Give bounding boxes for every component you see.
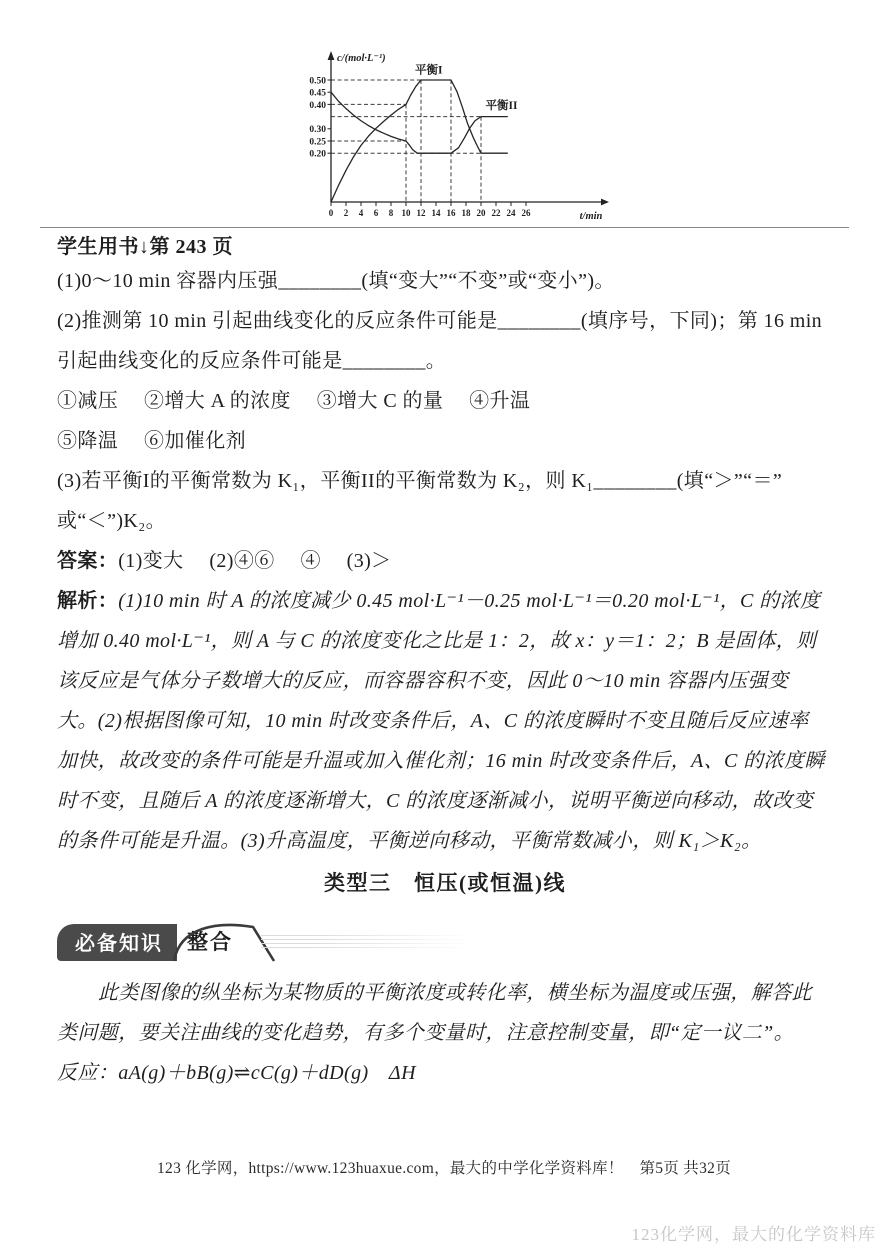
question-lines: (1)0～10 min 容器内压强________(填“变大”“不变”或“变小”… xyxy=(57,261,853,861)
text-line: 增加 0.40 mol·L⁻¹，则 A 与 C 的浓度变化之比是 1：2，故 x… xyxy=(57,621,853,661)
svg-text:22: 22 xyxy=(492,208,502,218)
text-line: (1)0～10 min 容器内压强________(填“变大”“不变”或“变小”… xyxy=(57,261,853,301)
section-divider xyxy=(40,227,849,228)
text-line: ①减压 ②增大 A 的浓度 ③增大 C 的量 ④升温 xyxy=(57,381,853,421)
document-page: 024681012141618202224260.200.250.300.400… xyxy=(0,0,888,1255)
svg-text:16: 16 xyxy=(447,208,457,218)
line-text: 类问题，要关注曲线的变化趋势，有多个变量时，注意控制变量，即“定一议二”。 xyxy=(57,1022,794,1044)
svg-text:0.20: 0.20 xyxy=(309,150,326,160)
text-line: 解析：(1)10 min 时 A 的浓度减少 0.45 mol·L⁻¹－0.25… xyxy=(57,581,853,621)
svg-text:24: 24 xyxy=(507,208,517,218)
line-text: 时不变，且随后 A 的浓度逐渐增大，C 的浓度逐渐减小，说明平衡逆向移动，故改变 xyxy=(57,790,813,812)
text-line: 该反应是气体分子数增大的反应，而容器容积不变，因此 0～10 min 容器内压强… xyxy=(57,661,853,701)
svg-text:0.40: 0.40 xyxy=(309,101,326,111)
type-three-heading: 类型三 恒压(或恒温)线 xyxy=(57,863,833,903)
line-text: ①减压 ②增大 A 的浓度 ③增大 C 的量 ④升温 xyxy=(57,390,530,412)
text-line: 引起曲线变化的反应条件可能是________。 xyxy=(57,341,853,381)
line-text: 加快，故改变的条件可能是升温或加入催化剂；16 min 时改变条件后，A、C 的… xyxy=(57,750,825,772)
line-text: 大。(2)根据图像可知，10 min 时改变条件后，A、C 的浓度瞬时不变且随后… xyxy=(57,710,808,732)
text-line: (3)若平衡I的平衡常数为 K₁，平衡II的平衡常数为 K₂，则 K₁_____… xyxy=(57,461,853,501)
line-label: 答案： xyxy=(57,550,118,572)
line-text: ⑤降温 ⑥加催化剂 xyxy=(57,430,246,452)
line-text: 该反应是气体分子数增大的反应，而容器容积不变，因此 0～10 min 容器内压强… xyxy=(57,670,788,692)
badge-section-text: 整合 xyxy=(187,930,233,954)
line-label: 解析： xyxy=(57,590,118,612)
student-book-header: 学生用书↓第 243 页 xyxy=(57,230,233,259)
svg-text:18: 18 xyxy=(462,208,472,218)
svg-text:12: 12 xyxy=(417,208,427,218)
line-text: (1)10 min 时 A 的浓度减少 0.45 mol·L⁻¹－0.25 mo… xyxy=(118,590,820,612)
svg-text:20: 20 xyxy=(477,208,487,218)
text-line: 加快，故改变的条件可能是升温或加入催化剂；16 min 时改变条件后，A、C 的… xyxy=(57,741,853,781)
page-footer: 123 化学网，https://www.123huaxue.com，最大的中学化… xyxy=(0,1156,888,1178)
line-text: 反应：aA(g)＋bB(g)⇌cC(g)＋dD(g) ΔH xyxy=(57,1062,416,1084)
question-answer-section: (1)0～10 min 容器内压强________(填“变大”“不变”或“变小”… xyxy=(57,261,853,1093)
text-line: 的条件可能是升温。(3)升高温度，平衡逆向移动，平衡常数减小，则 K₁＞K₂。 xyxy=(57,821,853,861)
line-text: 增加 0.40 mol·L⁻¹，则 A 与 C 的浓度变化之比是 1：2，故 x… xyxy=(57,630,816,652)
svg-text:6: 6 xyxy=(374,208,379,218)
text-line: 此类图像的纵坐标为某物质的平衡浓度或转化率，横坐标为温度或压强，解答此 xyxy=(57,973,853,1013)
line-text: 引起曲线变化的反应条件可能是________。 xyxy=(57,350,446,372)
svg-text:0.30: 0.30 xyxy=(309,125,326,135)
knowledge-badge: 必备知识 整合 xyxy=(57,924,853,960)
chart-svg: 024681012141618202224260.200.250.300.400… xyxy=(293,40,623,226)
text-line: 答案：(1)变大 (2)④⑥ ④ (3)＞ xyxy=(57,541,853,581)
stripes-decoration xyxy=(261,935,473,949)
badge-section-label: 整合 xyxy=(177,923,261,961)
line-text: (1)0～10 min 容器内压强________(填“变大”“不变”或“变小”… xyxy=(57,270,615,292)
text-line: 大。(2)根据图像可知，10 min 时改变条件后，A、C 的浓度瞬时不变且随后… xyxy=(57,701,853,741)
svg-text:t/min: t/min xyxy=(580,211,603,222)
line-text: 此类图像的纵坐标为某物质的平衡浓度或转化率，横坐标为温度或压强，解答此 xyxy=(98,982,812,1004)
svg-text:0: 0 xyxy=(329,208,334,218)
line-text: 的条件可能是升温。(3)升高温度，平衡逆向移动，平衡常数减小，则 K₁＞K₂。 xyxy=(57,830,762,852)
text-line: (2)推测第 10 min 引起曲线变化的反应条件可能是________(填序号… xyxy=(57,301,853,341)
svg-text:8: 8 xyxy=(389,208,394,218)
text-line: 时不变，且随后 A 的浓度逐渐增大，C 的浓度逐渐减小，说明平衡逆向移动，故改变 xyxy=(57,781,853,821)
svg-text:10: 10 xyxy=(402,208,412,218)
svg-text:2: 2 xyxy=(344,208,349,218)
text-line: 或“＜”)K₂。 xyxy=(57,501,853,541)
equilibrium-concentration-chart: 024681012141618202224260.200.250.300.400… xyxy=(293,40,623,226)
svg-text:0.25: 0.25 xyxy=(309,137,326,147)
svg-text:0.50: 0.50 xyxy=(309,76,326,86)
line-text: 或“＜”)K₂。 xyxy=(57,510,166,532)
svg-text:平衡I: 平衡I xyxy=(415,62,443,76)
svg-text:0.45: 0.45 xyxy=(309,89,326,99)
text-line: ⑤降温 ⑥加催化剂 xyxy=(57,421,853,461)
badge-title: 必备知识 xyxy=(57,924,177,961)
text-line: 类问题，要关注曲线的变化趋势，有多个变量时，注意控制变量，即“定一议二”。 xyxy=(57,1013,853,1053)
svg-text:平衡II: 平衡II xyxy=(486,98,518,112)
svg-text:c/(mol·L⁻¹): c/(mol·L⁻¹) xyxy=(337,53,386,64)
svg-text:4: 4 xyxy=(359,208,364,218)
line-text: (1)变大 (2)④⑥ ④ (3)＞ xyxy=(118,550,391,572)
line-text: (3)若平衡I的平衡常数为 K₁，平衡II的平衡常数为 K₂，则 K₁_____… xyxy=(57,470,782,492)
text-line: 反应：aA(g)＋bB(g)⇌cC(g)＋dD(g) ΔH xyxy=(57,1053,853,1093)
knowledge-lines: 此类图像的纵坐标为某物质的平衡浓度或转化率，横坐标为温度或压强，解答此类问题，要… xyxy=(57,973,853,1093)
svg-text:26: 26 xyxy=(522,208,532,218)
svg-text:14: 14 xyxy=(432,208,442,218)
line-text: (2)推测第 10 min 引起曲线变化的反应条件可能是________(填序号… xyxy=(57,310,822,332)
watermark: 123化学网，最大的化学资料库 xyxy=(632,1220,877,1245)
